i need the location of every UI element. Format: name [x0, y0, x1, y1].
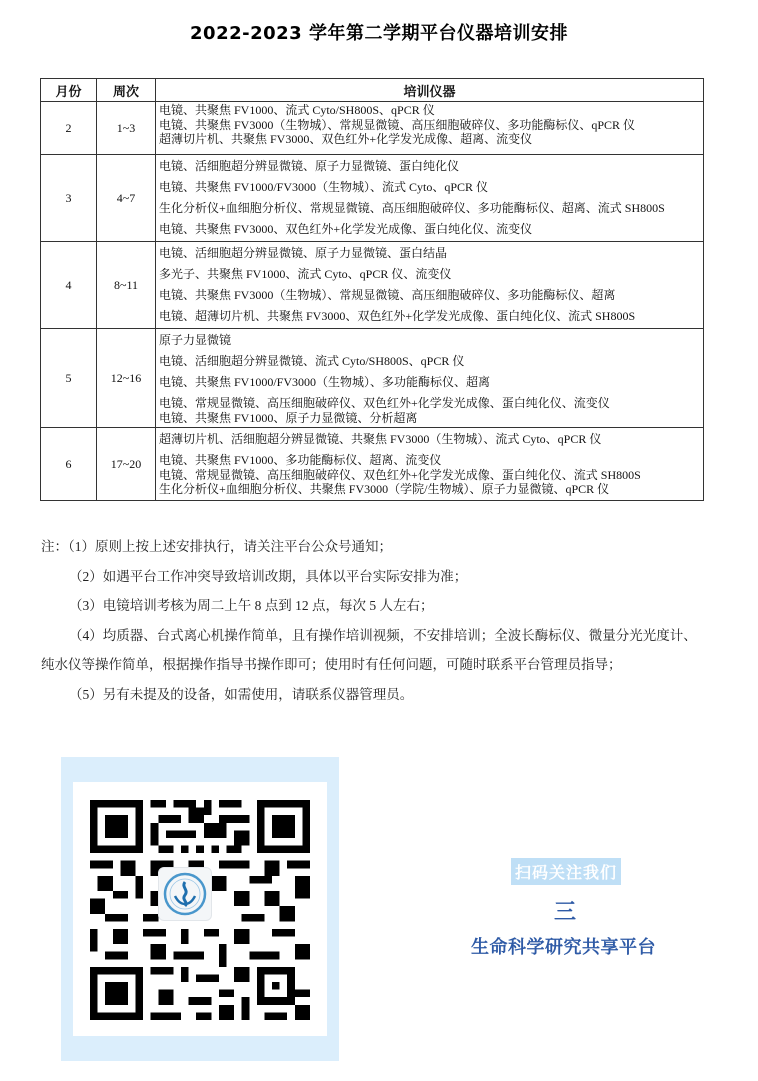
month-cell: 3	[41, 155, 97, 242]
instrument-line: 电镜、共聚焦 FV1000/FV3000（生物城）、流式 Cyto、qPCR 仪	[159, 177, 699, 198]
instruments-cell: 电镜、共聚焦 FV1000、流式 Cyto/SH800S、qPCR 仪 电镜、共…	[156, 102, 704, 155]
instrument-line: 电镜、常规显微镜、高压细胞破碎仪、双色红外+化学发光成像、蛋白纯化仪、流式 SH…	[159, 468, 699, 483]
page-title: 2022-2023 学年第二学期平台仪器培训安排	[0, 19, 758, 45]
instrument-line: 电镜、超薄切片机、共聚焦 FV3000、双色红外+化学发光成像、蛋白纯化仪、流式…	[159, 306, 699, 327]
instrument-line: 生化分析仪+血细胞分析仪、常规显微镜、高压细胞破碎仪、多功能酶标仪、超离、流式 …	[159, 198, 699, 219]
instrument-line: 原子力显微镜	[159, 330, 699, 351]
table-row: 5 12~16 原子力显微镜 电镜、活细胞超分辨显微镜、流式 Cyto/SH80…	[41, 329, 704, 428]
instrument-line: 生化分析仪+血细胞分析仪、共聚焦 FV3000（学院/生物城）、原子力显微镜、q…	[159, 482, 699, 497]
instrument-line: 电镜、活细胞超分辨显微镜、流式 Cyto/SH800S、qPCR 仪	[159, 351, 699, 372]
month-cell: 4	[41, 242, 97, 329]
weeks-cell: 17~20	[97, 428, 156, 501]
instrument-line: 电镜、共聚焦 FV1000、多功能酶标仪、超离、流变仪	[159, 450, 699, 468]
note-5: （5）另有未提及的设备，如需使用，请联系仪器管理员。	[41, 680, 706, 710]
instruments-cell: 电镜、活细胞超分辨显微镜、原子力显微镜、蛋白结晶 多光子、共聚焦 FV1000、…	[156, 242, 704, 329]
table-row: 2 1~3 电镜、共聚焦 FV1000、流式 Cyto/SH800S、qPCR …	[41, 102, 704, 155]
header-instruments: 培训仪器	[156, 79, 704, 102]
instruments-cell: 电镜、活细胞超分辨显微镜、原子力显微镜、蛋白纯化仪 电镜、共聚焦 FV1000/…	[156, 155, 704, 242]
training-schedule-table: 月份 周次 培训仪器 2 1~3 电镜、共聚焦 FV1000、流式 Cyto/S…	[40, 78, 704, 501]
instrument-line: 超薄切片机、共聚焦 FV3000、双色红外+化学发光成像、超离、流变仪	[159, 132, 699, 147]
instrument-line: 电镜、共聚焦 FV3000、双色红外+化学发光成像、蛋白纯化仪、流变仪	[159, 219, 699, 240]
note-2: （2）如遇平台工作冲突导致培训改期，具体以平台实际安排为准；	[41, 562, 706, 592]
header-month: 月份	[41, 79, 97, 102]
notes-section: 注：（1）原则上按上述安排执行，请关注平台公众号通知； （2）如遇平台工作冲突导…	[41, 532, 706, 709]
instrument-line: 多光子、共聚焦 FV1000、流式 Cyto、qPCR 仪、流变仪	[159, 264, 699, 285]
note-4: （4）均质器、台式离心机操作简单，且有操作培训视频，不安排培训；全波长酶标仪、微…	[41, 621, 706, 680]
instrument-line: 电镜、共聚焦 FV1000、流式 Cyto/SH800S、qPCR 仪	[159, 103, 699, 118]
instrument-line: 超薄切片机、活细胞超分辨显微镜、共聚焦 FV3000（生物城）、流式 Cyto、…	[159, 429, 699, 450]
header-weeks: 周次	[97, 79, 156, 102]
scan-follow-label: 扫码关注我们	[511, 858, 621, 885]
qr-frame	[73, 782, 327, 1036]
instrument-line: 电镜、活细胞超分辨显微镜、原子力显微镜、蛋白结晶	[159, 243, 699, 264]
instrument-line: 电镜、共聚焦 FV3000（生物城）、常规显微镜、高压细胞破碎仪、多功能酶标仪、…	[159, 285, 699, 306]
equals-symbol: 三	[554, 895, 576, 926]
table-row: 6 17~20 超薄切片机、活细胞超分辨显微镜、共聚焦 FV3000（生物城）、…	[41, 428, 704, 501]
qr-panel	[61, 757, 339, 1061]
weeks-cell: 8~11	[97, 242, 156, 329]
table-header-row: 月份 周次 培训仪器	[41, 79, 704, 102]
instrument-line: 电镜、共聚焦 FV1000/FV3000（生物城）、多功能酶标仪、超离	[159, 372, 699, 393]
table-row: 3 4~7 电镜、活细胞超分辨显微镜、原子力显微镜、蛋白纯化仪 电镜、共聚焦 F…	[41, 155, 704, 242]
instrument-line: 电镜、共聚焦 FV3000（生物城）、常规显微镜、高压细胞破碎仪、多功能酶标仪、…	[159, 118, 699, 133]
instruments-cell: 超薄切片机、活细胞超分辨显微镜、共聚焦 FV3000（生物城）、流式 Cyto、…	[156, 428, 704, 501]
weeks-cell: 12~16	[97, 329, 156, 428]
weeks-cell: 4~7	[97, 155, 156, 242]
instruments-cell: 原子力显微镜 电镜、活细胞超分辨显微镜、流式 Cyto/SH800S、qPCR …	[156, 329, 704, 428]
weeks-cell: 1~3	[97, 102, 156, 155]
platform-name: 生命科学研究共享平台	[471, 933, 656, 959]
month-cell: 6	[41, 428, 97, 501]
instrument-line: 电镜、活细胞超分辨显微镜、原子力显微镜、蛋白纯化仪	[159, 156, 699, 177]
note-3: （3）电镜培训考核为周二上午 8 点到 12 点，每次 5 人左右；	[41, 591, 706, 621]
month-cell: 2	[41, 102, 97, 155]
instrument-line: 电镜、共聚焦 FV1000、原子力显微镜、分析超离	[159, 411, 699, 426]
platform-logo-icon	[158, 867, 212, 921]
month-cell: 5	[41, 329, 97, 428]
instrument-line: 电镜、常规显微镜、高压细胞破碎仪、双色红外+化学发光成像、蛋白纯化仪、流变仪	[159, 393, 699, 411]
table-row: 4 8~11 电镜、活细胞超分辨显微镜、原子力显微镜、蛋白结晶 多光子、共聚焦 …	[41, 242, 704, 329]
note-1: 注：（1）原则上按上述安排执行，请关注平台公众号通知；	[41, 532, 706, 562]
